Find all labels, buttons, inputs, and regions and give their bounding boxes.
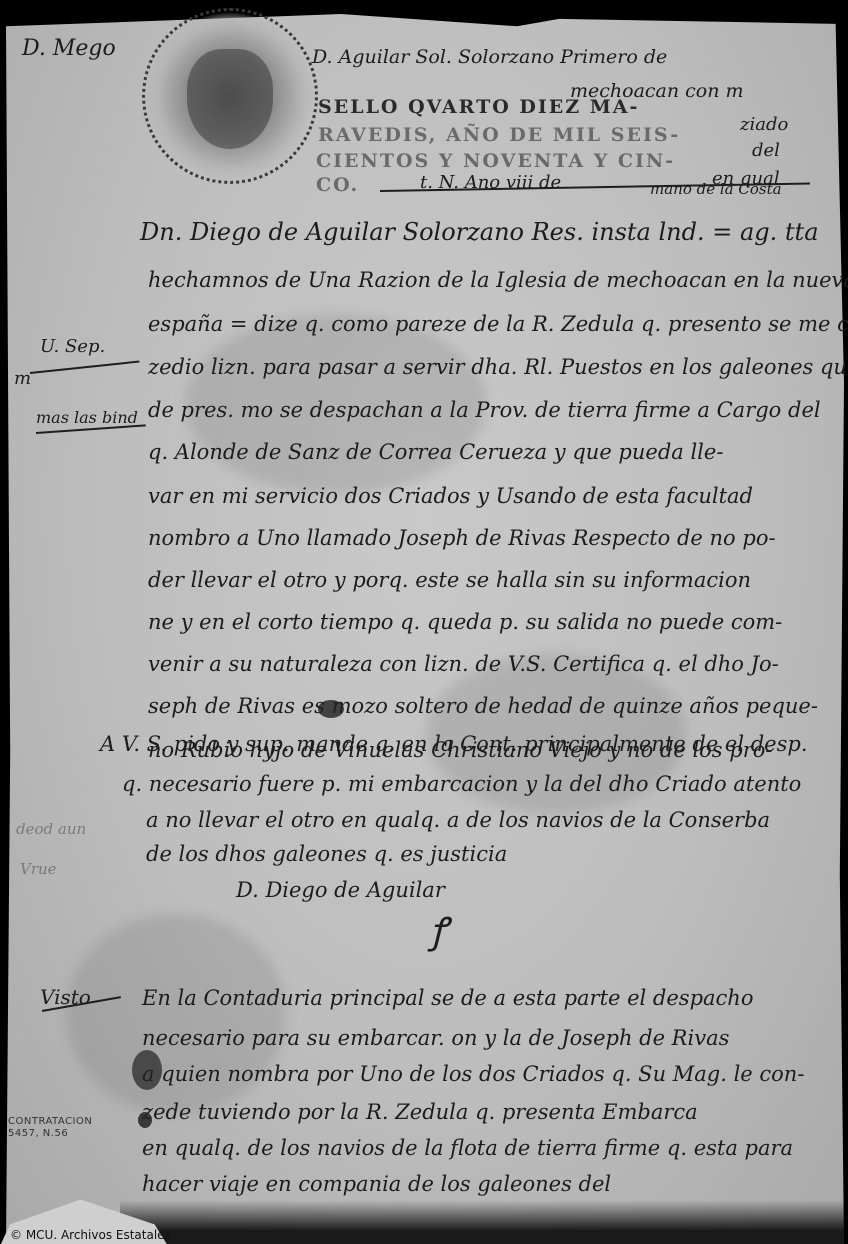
margin-note: m: [14, 368, 31, 389]
body-line: españa = dize q. como pareze de la R. Ze…: [148, 312, 848, 336]
auto-line: necesario para su embarcar. on y la de J…: [142, 1026, 729, 1050]
top-left-annotation: D. Mego: [22, 36, 116, 61]
auto-line: hacer viaje en compania de los galeones …: [142, 1172, 611, 1196]
right-margin-note: ziado: [740, 114, 788, 135]
ink-blot: [318, 700, 344, 718]
body-line: nombro a Uno llamado Joseph de Rivas Res…: [148, 526, 776, 550]
auto-line: zede tuviendo por la R. Zedula q. presen…: [142, 1100, 698, 1124]
body-line: Dn. Diego de Aguilar Solorzano Res. inst…: [140, 218, 819, 246]
copyright-notice: © MCU. Archivos Estatales: [10, 1228, 171, 1242]
body-line: venir a su naturaleza con lizn. de V.S. …: [148, 652, 779, 676]
body-line: hechamnos de Una Razion de la Iglesia de…: [148, 268, 848, 292]
body-line: der llevar el otro y porq. este se halla…: [148, 568, 751, 592]
ink-blot: [132, 1050, 162, 1090]
right-margin-note: del: [752, 140, 780, 161]
archive-reference-series: CONTRATACION: [8, 1116, 92, 1128]
body-line: var en mi servicio dos Criados y Usando …: [148, 484, 753, 508]
coat-of-arms-icon: [187, 49, 273, 149]
body-line: q. Alonde de Sanz de Correa Cerueza y qu…: [148, 440, 723, 464]
stamp-header-line: CO.: [316, 174, 359, 196]
body-line: A V. S. pido y sup. mande q. en la Cont.…: [100, 732, 808, 756]
body-line: zedio lizn. para pasar a servir dha. Rl.…: [148, 355, 848, 379]
stamp-header-line: SELLO QVARTO DIEZ MA-: [318, 96, 639, 118]
margin-note: Vrue: [20, 860, 57, 878]
auto-line: En la Contaduria principal se de a esta …: [142, 986, 753, 1010]
stamp-header-line: CIENTOS Y NOVENTA Y CIN-: [316, 150, 675, 172]
auto-line: a quien nombra por Uno de los dos Criado…: [142, 1062, 804, 1086]
royal-seal-icon: [142, 8, 318, 184]
above-body-note-right: mano de la Costa: [650, 180, 782, 198]
body-line: de los dhos galeones q. es justicia: [146, 842, 507, 866]
page-edge-shadow: [120, 1200, 848, 1244]
auto-line: en qualq. de los navios de la flota de t…: [142, 1136, 793, 1160]
body-line: a no llevar el otro en qualq. a de los n…: [146, 808, 770, 832]
rubric-flourish-icon: ꝭ: [430, 905, 447, 954]
body-line: q. necesario fuere p. mi embarcacion y l…: [122, 772, 801, 796]
stamp-header-line: RAVEDIS, AÑO DE MIL SEIS-: [318, 124, 680, 146]
margin-note: U. Sep.: [40, 336, 105, 357]
body-line: seph de Rivas es mozo soltero de hedad d…: [148, 694, 818, 718]
ink-blot: [138, 1112, 152, 1128]
body-line: ne y en el corto tiempo q. queda p. su s…: [148, 610, 782, 634]
archive-reference-number: 5457, N.56: [8, 1128, 92, 1140]
top-annotation-line1: D. Aguilar Sol. Solorzano Primero de: [312, 46, 667, 68]
body-line: de pres. mo se despachan a la Prov. de t…: [148, 398, 821, 422]
above-body-note: t. N. Ano viii de: [420, 172, 561, 193]
margin-note: mas las bind: [36, 408, 138, 427]
archive-reference: CONTRATACION 5457, N.56: [8, 1116, 92, 1140]
signature: D. Diego de Aguilar: [236, 878, 445, 902]
margin-note: deod aun: [16, 820, 86, 838]
